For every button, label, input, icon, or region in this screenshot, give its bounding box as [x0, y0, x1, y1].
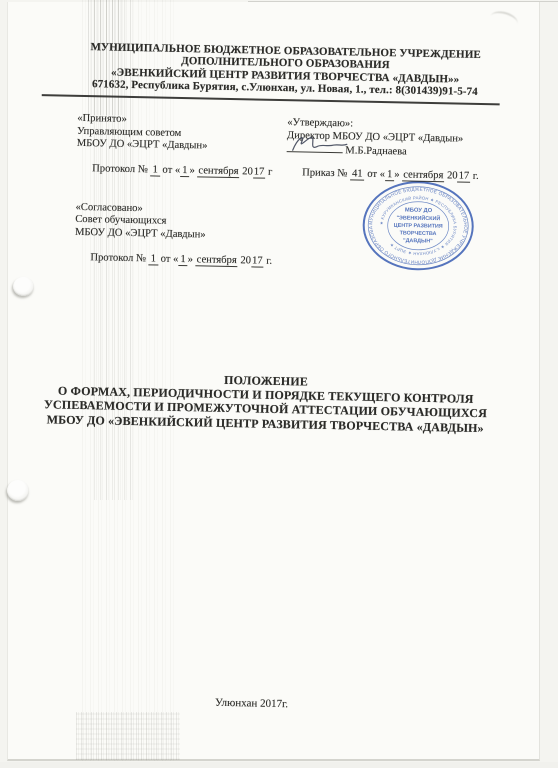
protocol-year-prefix: 20	[239, 167, 252, 178]
approval-column-left: «Принято» Управляющим советом МБОУ ДО «Э…	[74, 113, 293, 281]
stamp-center-line-4: ТВОРЧЕСТВА	[400, 230, 437, 237]
protocol-number: 1	[150, 165, 160, 177]
agreed-protocol-line: Протокол № 1 от «1» сентября 2017 г.	[74, 239, 291, 281]
protocol-suffix: г.	[264, 256, 273, 267]
stamp-center-line-3: ЦЕНТР РАЗВИТИЯ	[394, 223, 443, 230]
protocol-label: Протокол №	[92, 164, 151, 176]
order-label: Приказ №	[302, 168, 350, 180]
letterhead: МУНИЦИПАЛЬНОЕ БЮДЖЕТНОЕ ОБРАЗОВАТЕЛЬНОЕ …	[46, 40, 525, 99]
accepted-protocol-line: Протокол № 1 от «1» сентября 2017 г	[76, 151, 293, 193]
document-title: ПОЛОЖЕНИЕ О ФОРМАХ, ПЕРИОДИЧНОСТИ И ПОРЯ…	[21, 369, 510, 436]
stamp-center-line-5: "ДАВДЫН"	[403, 238, 433, 245]
stamp-center-line-2: "ЭВЕНКИЙСКИЙ	[396, 213, 440, 222]
protocol-year: 17	[253, 167, 266, 179]
footer-place-year: Улюнхан 2017г.	[196, 696, 306, 710]
protocol-month: сентября	[196, 254, 238, 267]
protocol-label: Протокол №	[90, 252, 149, 264]
stamp-center-line-1: МБОУ ДО	[405, 207, 433, 214]
document-content: МУНИЦИПАЛЬНОЕ БЮДЖЕТНОЕ ОБРАЗОВАТЕЛЬНОЕ …	[0, 0, 558, 768]
official-round-stamp: МУНИЦИПАЛЬНОЕ БЮДЖЕТНОЕ ОБРАЗОВАТЕЛЬНОЕ …	[359, 178, 477, 274]
protocol-from: от «	[158, 253, 179, 264]
protocol-suffix: г	[265, 167, 272, 178]
protocol-year: 17	[251, 255, 264, 267]
protocol-year-prefix: 20	[238, 255, 251, 266]
punch-hole-top	[13, 277, 34, 296]
punch-hole-bottom	[7, 480, 29, 501]
protocol-from: от «	[160, 165, 181, 176]
protocol-month: сентября	[197, 166, 239, 179]
handwritten-signature	[289, 133, 353, 156]
protocol-number: 1	[149, 253, 159, 265]
